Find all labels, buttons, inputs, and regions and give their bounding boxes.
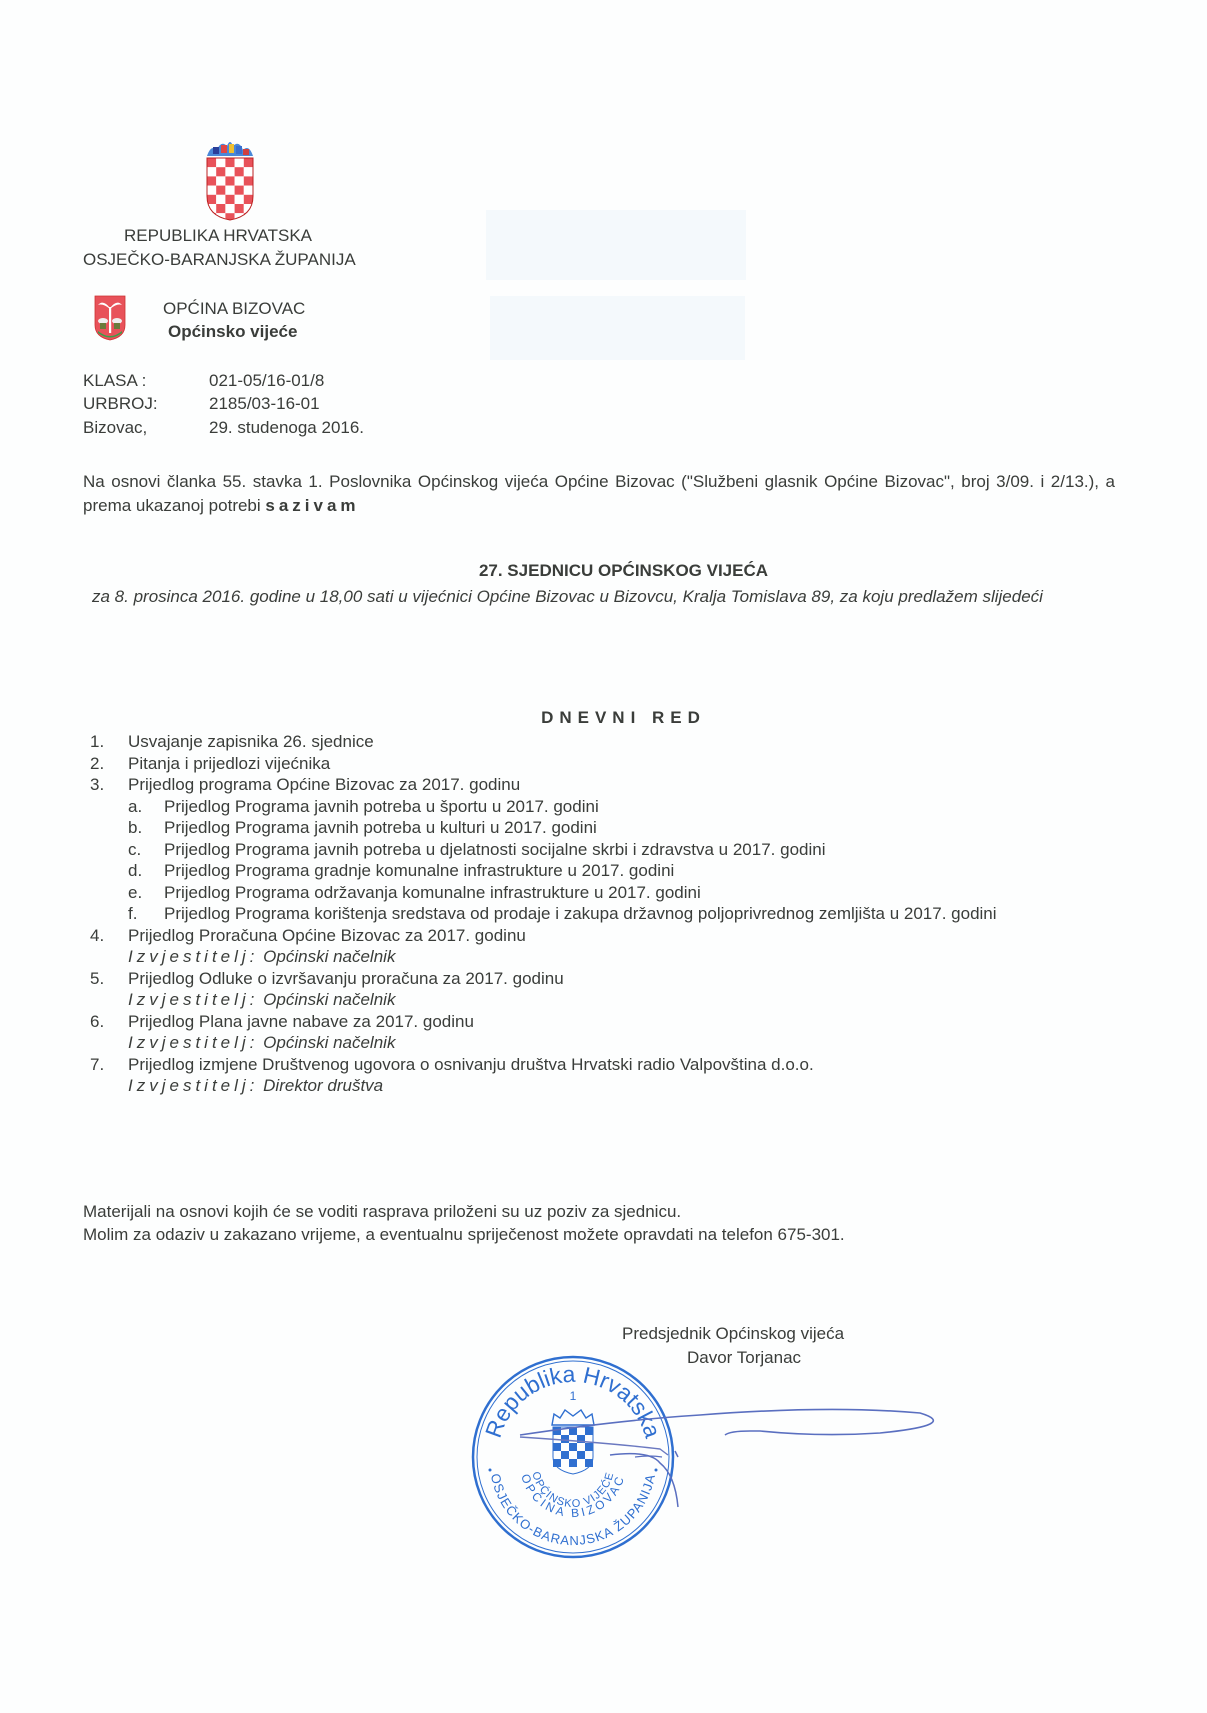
municipality-name: OPĆINA BIZOVAC <box>163 299 305 319</box>
agenda-reporter: Izvjestitelj: Direktor društva <box>90 1075 1120 1097</box>
reporter-name: Direktor društva <box>263 1076 383 1095</box>
reporter-name: Općinski načelnik <box>263 947 395 966</box>
agenda-subitem: d.Prijedlog Programa gradnje komunalne i… <box>90 860 1120 882</box>
council-name: Općinsko vijeće <box>168 322 297 342</box>
agenda-item-number: 1. <box>90 731 104 753</box>
background-smudge <box>486 210 746 280</box>
meta-place-date: Bizovac,29. studenoga 2016. <box>83 418 364 438</box>
agenda-subitem-letter: a. <box>128 796 142 818</box>
agenda-item: 6.Prijedlog Plana javne nabave za 2017. … <box>90 1011 1120 1033</box>
agenda-item-text: Prijedlog izmjene Društvenog ugovora o o… <box>128 1055 814 1074</box>
agenda-subitem: c.Prijedlog Programa javnih potreba u dj… <box>90 839 1120 861</box>
meta-urbroj: URBROJ:2185/03-16-01 <box>83 394 320 414</box>
reporter-label: Izvjestitelj: <box>128 1076 258 1095</box>
reporter-label: Izvjestitelj: <box>128 947 258 966</box>
closing-line: Molim za odaziv u zakazano vrijeme, a ev… <box>83 1223 845 1246</box>
agenda-subitem: b.Prijedlog Programa javnih potreba u ku… <box>90 817 1120 839</box>
agenda-item-text: Prijedlog Proračuna Općine Bizovac za 20… <box>128 926 526 945</box>
meta-label: Bizovac, <box>83 418 209 438</box>
agenda-subitem-text: Prijedlog Programa gradnje komunalne inf… <box>164 860 1106 882</box>
agenda-reporter: Izvjestitelj: Općinski načelnik <box>90 946 1120 968</box>
agenda-item-number: 2. <box>90 753 104 775</box>
agenda-reporter: Izvjestitelj: Općinski načelnik <box>90 1032 1120 1054</box>
intro-text: Na osnovi članka 55. stavka 1. Poslovnik… <box>83 472 1115 515</box>
meta-value: 29. studenoga 2016. <box>209 418 364 437</box>
agenda-subitem: f.Prijedlog Programa korištenja sredstav… <box>90 903 1120 925</box>
agenda-item-text: Prijedlog Odluke o izvršavanju proračuna… <box>128 969 564 988</box>
handwritten-signature-icon <box>500 1395 940 1515</box>
reporter-label: Izvjestitelj: <box>128 1033 258 1052</box>
meta-label: KLASA : <box>83 371 209 391</box>
agenda-item: 1.Usvajanje zapisnika 26. sjednice <box>90 731 1120 753</box>
agenda-item-text: Pitanja i prijedlozi vijećnika <box>128 754 330 773</box>
agenda-item-text: Usvajanje zapisnika 26. sjednice <box>128 732 374 751</box>
agenda-subitem-text: Prijedlog Programa održavanja komunalne … <box>164 882 1106 904</box>
county-name: OSJEČKO-BARANJSKA ŽUPANIJA <box>83 250 356 270</box>
agenda-item-text: Prijedlog Plana javne nabave za 2017. go… <box>128 1012 474 1031</box>
agenda-subitem-letter: b. <box>128 817 142 839</box>
agenda-item-number: 3. <box>90 774 104 796</box>
agenda-item: 4.Prijedlog Proračuna Općine Bizovac za … <box>90 925 1120 947</box>
reporter-name: Općinski načelnik <box>263 1033 395 1052</box>
reporter-name: Općinski načelnik <box>263 990 395 1009</box>
agenda-item: 2.Pitanja i prijedlozi vijećnika <box>90 753 1120 775</box>
agenda-item-number: 7. <box>90 1054 104 1076</box>
agenda-subitem-text: Prijedlog Programa javnih potreba u špor… <box>164 796 1106 818</box>
agenda-subitem: a.Prijedlog Programa javnih potreba u šp… <box>90 796 1120 818</box>
signer-role: Predsjednik Općinskog vijeća <box>622 1324 844 1344</box>
intro-emphasis: sazivam <box>265 496 359 515</box>
agenda-reporter: Izvjestitelj: Općinski načelnik <box>90 989 1120 1011</box>
signer-name: Davor Torjanac <box>687 1348 801 1368</box>
agenda-item-number: 5. <box>90 968 104 990</box>
reporter-label: Izvjestitelj: <box>128 990 258 1009</box>
country-name: REPUBLIKA HRVATSKA <box>124 226 312 246</box>
meta-value: 2185/03-16-01 <box>209 394 320 413</box>
agenda-item-number: 6. <box>90 1011 104 1033</box>
bizovac-coat-of-arms-icon <box>94 295 126 341</box>
agenda-subitem: e.Prijedlog Programa održavanja komunaln… <box>90 882 1120 904</box>
closing-paragraph: Materijali na osnovi kojih će se voditi … <box>83 1200 845 1246</box>
agenda-item: 5.Prijedlog Odluke o izvršavanju proraču… <box>90 968 1120 990</box>
agenda-title: DNEVNI RED <box>0 708 1207 728</box>
agenda-subitem-letter: c. <box>128 839 141 861</box>
agenda-subitem-text: Prijedlog Programa korištenja sredstava … <box>164 903 1106 925</box>
meta-value: 021-05/16-01/8 <box>209 371 324 390</box>
session-details: za 8. prosinca 2016. godine u 18,00 sati… <box>92 585 1108 609</box>
session-title: 27. SJEDNICU OPĆINSKOG VIJEĆA <box>0 561 1207 581</box>
croatian-coat-of-arms-icon <box>203 138 257 222</box>
agenda-subitem-letter: e. <box>128 882 142 904</box>
background-smudge <box>490 296 745 360</box>
agenda-subitem-text: Prijedlog Programa javnih potreba u kult… <box>164 817 1106 839</box>
agenda-subitem-letter: d. <box>128 860 142 882</box>
agenda-item-number: 4. <box>90 925 104 947</box>
agenda-item: 3.Prijedlog programa Općine Bizovac za 2… <box>90 774 1120 796</box>
agenda-subitem-text: Prijedlog Programa javnih potreba u djel… <box>164 839 1106 861</box>
agenda-list: 1.Usvajanje zapisnika 26. sjednice2.Pita… <box>90 731 1120 1097</box>
agenda-subitem-letter: f. <box>128 903 137 925</box>
meta-klasa: KLASA :021-05/16-01/8 <box>83 371 324 391</box>
closing-line: Materijali na osnovi kojih će se voditi … <box>83 1200 845 1223</box>
intro-paragraph: Na osnovi članka 55. stavka 1. Poslovnik… <box>83 470 1115 518</box>
agenda-item-text: Prijedlog programa Općine Bizovac za 201… <box>128 775 520 794</box>
meta-label: URBROJ: <box>83 394 209 414</box>
agenda-item: 7.Prijedlog izmjene Društvenog ugovora o… <box>90 1054 1120 1076</box>
